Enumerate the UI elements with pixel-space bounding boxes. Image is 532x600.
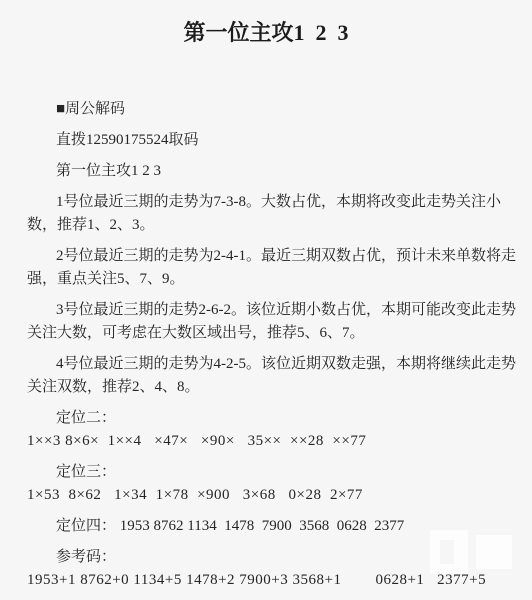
- paragraph-position-2: 2号位最近三期的走势为2-4-1。最近三期双数占优，预计未来单数将走强，重点关注…: [27, 245, 524, 291]
- paragraph-position-4: 4号位最近三期的走势为4-2-5。该位近期双数走强，本期将继续此走势关注双数，推…: [27, 353, 524, 399]
- dingwei2-row: 1××3 8×6× 1××4 ×47× ×90× 35×× ××28 ××77: [27, 430, 524, 453]
- article-subtitle: 第一位主攻1 2 3: [27, 160, 524, 183]
- cankao-label: 参考码：: [27, 546, 524, 569]
- document-page: 第一位主攻1 2 3 ■周公解码 直拨12590175524取码 第一位主攻1 …: [0, 0, 532, 600]
- dingwei4-row: 1953 8762 1134 1478 7900 3568 0628 2377: [120, 518, 404, 534]
- hotline-line: 直拨12590175524取码: [27, 129, 524, 152]
- paragraph-position-3: 3号位最近三期的走势2-6-2。该位近期小数占优，本期可能改变此走势关注大数，可…: [27, 299, 524, 345]
- dingwei4-line: 定位四： 1953 8762 1134 1478 7900 3568 0628 …: [27, 515, 524, 538]
- article-body: ■周公解码 直拨12590175524取码 第一位主攻1 2 3 1号位最近三期…: [27, 98, 524, 592]
- section-header: ■周公解码: [27, 98, 524, 121]
- page-title: 第一位主攻1 2 3: [0, 0, 532, 48]
- dingwei2-label: 定位二：: [27, 407, 524, 430]
- paragraph-position-1: 1号位最近三期的走势为7-3-8。大数占优，本期将改变此走势关注小数，推荐1、2…: [27, 191, 524, 237]
- dingwei4-label: 定位四：: [56, 518, 120, 534]
- dingwei3-row: 1×53 8×62 1×34 1×78 ×900 3×68 0×28 2×77: [27, 484, 524, 507]
- dingwei3-label: 定位三：: [27, 461, 524, 484]
- cankao-row: 1953+1 8762+0 1134+5 1478+2 7900+3 3568+…: [27, 569, 524, 592]
